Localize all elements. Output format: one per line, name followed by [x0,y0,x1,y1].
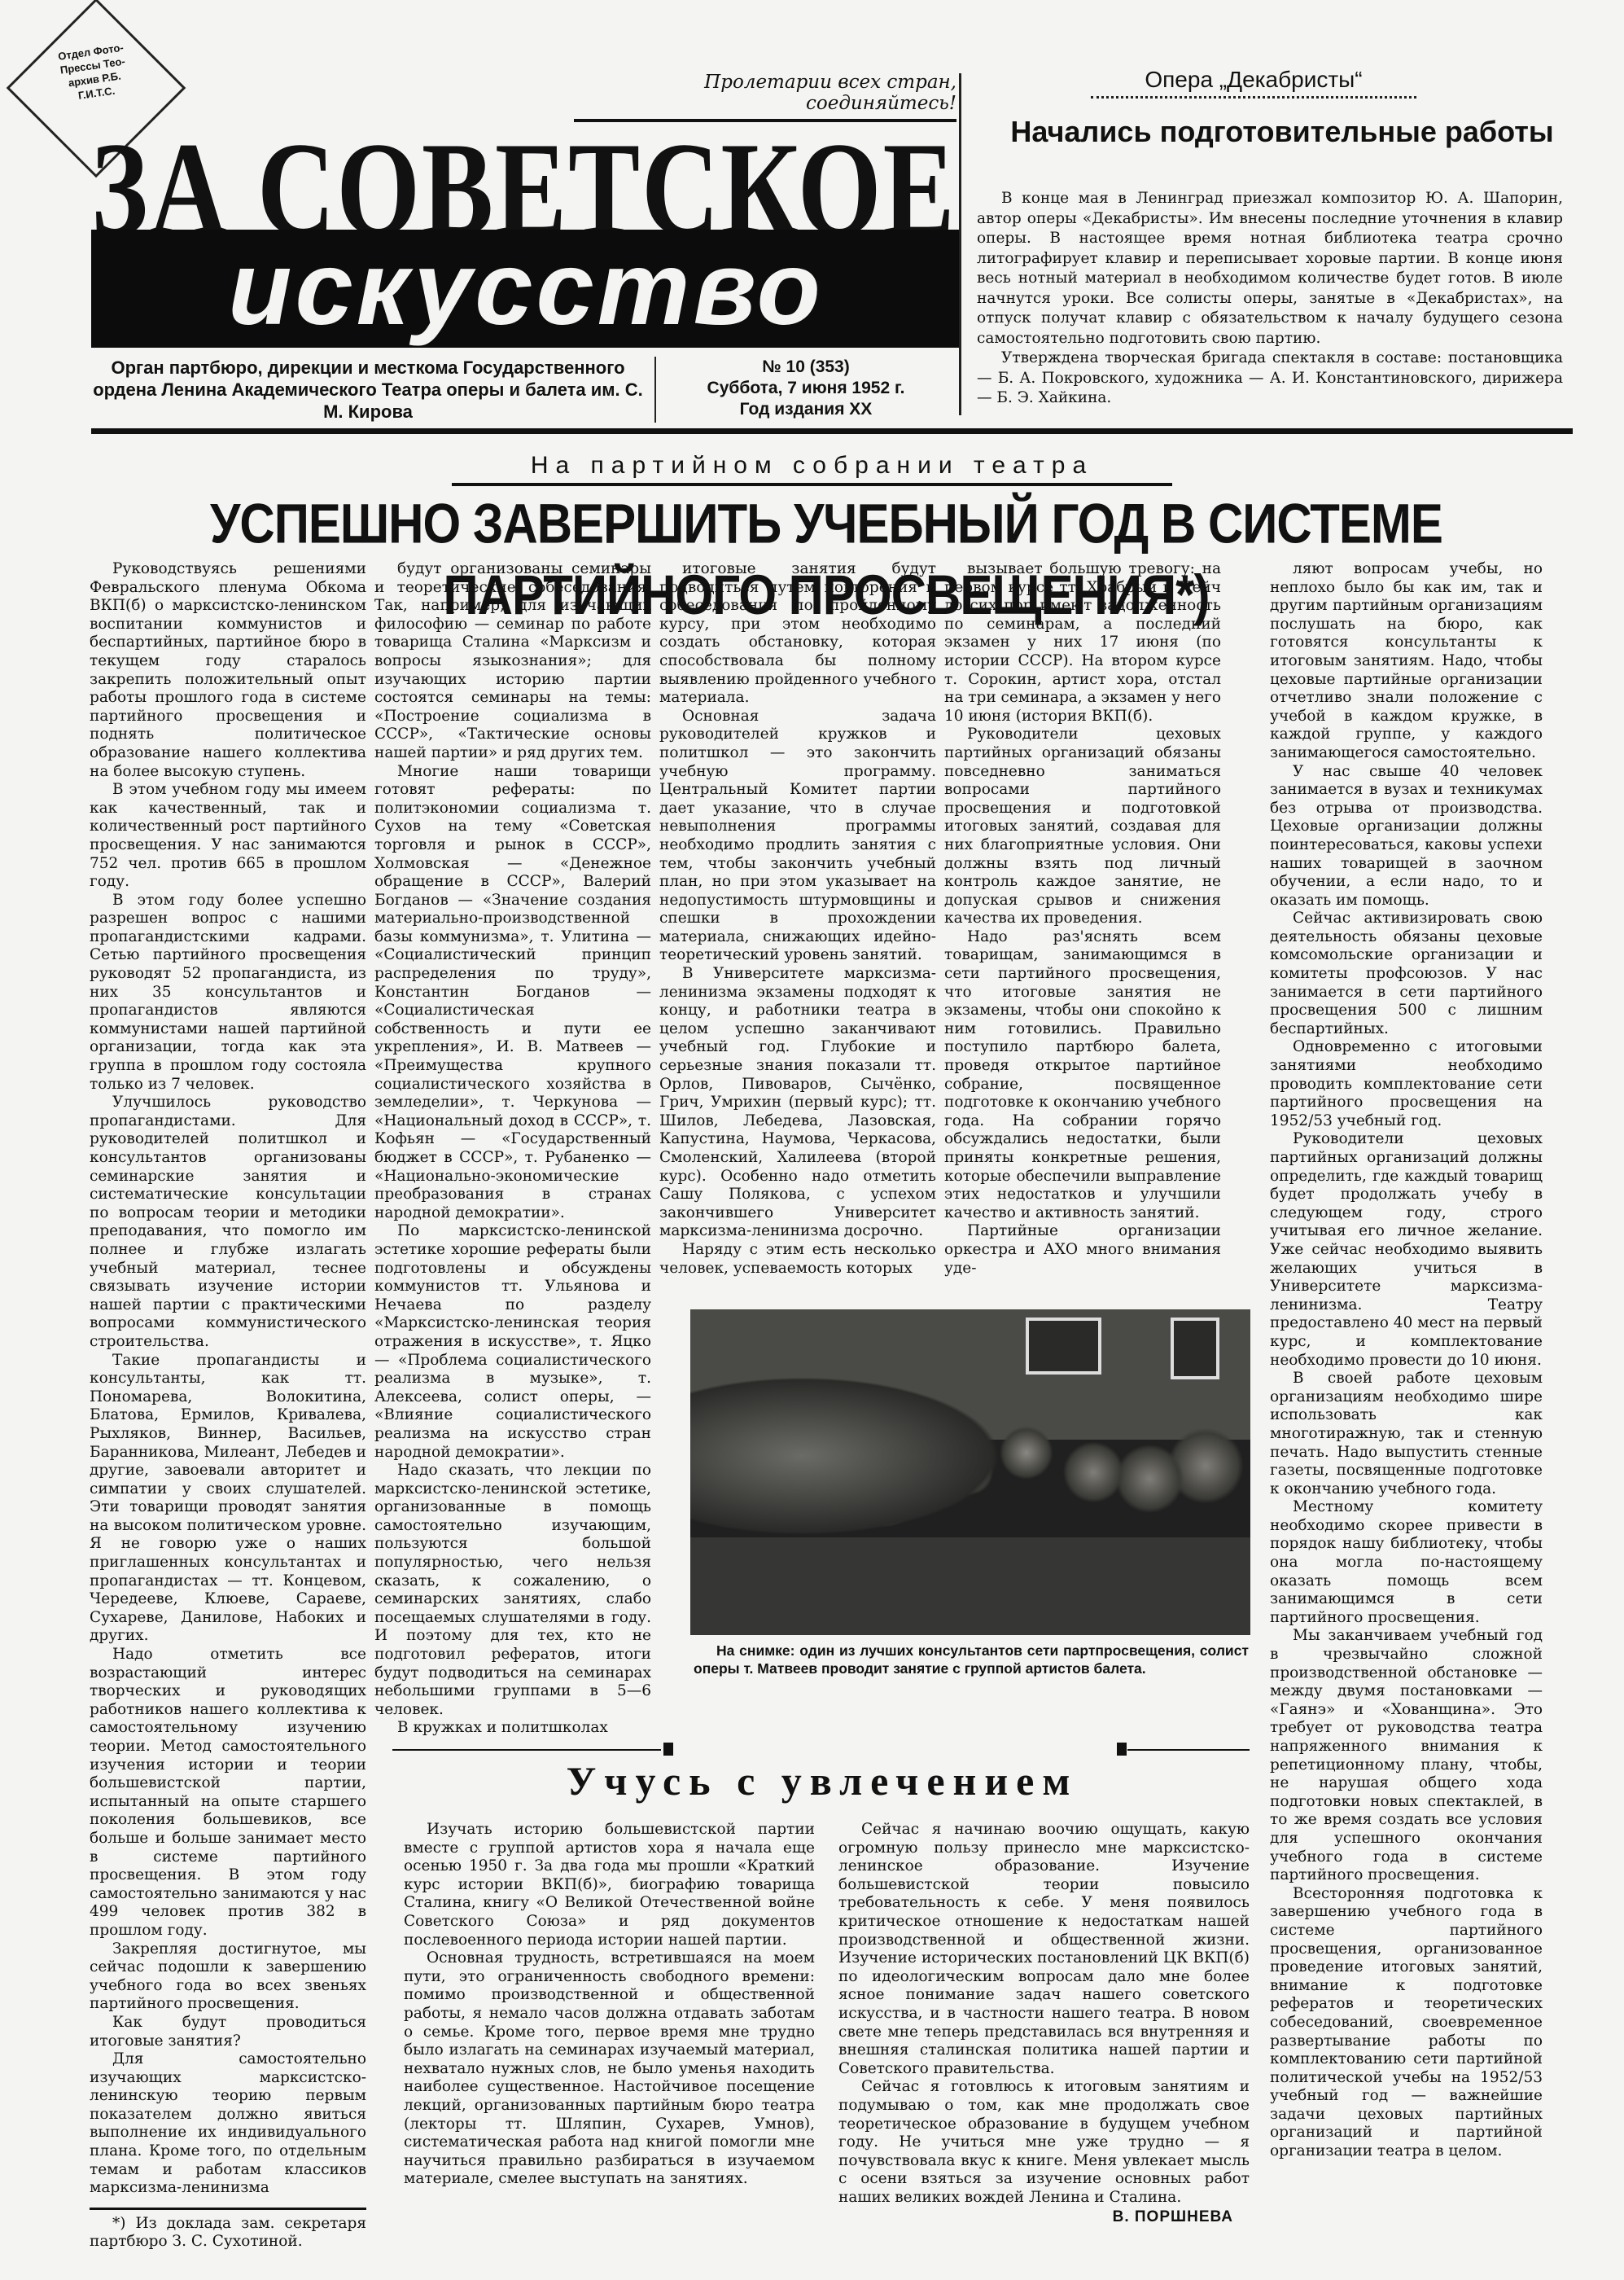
paragraph: Многие наши товарищи готовят рефераты: п… [374,763,651,1223]
paragraph: Надо раз'яснять всем товарищам, занимающ… [944,928,1221,1223]
paragraph: Закрепляя достигнутое, мы сейчас подошли… [90,1940,366,2014]
section-marker-right [1117,1743,1127,1756]
paragraph: В конце мая в Ленинград приезжал компози… [977,189,1563,349]
paragraph: Сейчас я начинаю воочию ощущать, какую о… [838,1821,1250,2078]
paragraph: Сейчас я готовлюсь к итоговым занятиям и… [838,2078,1250,2207]
article-column-3: итоговые занятия будут подводиться путем… [659,560,936,1278]
paragraph: ляют вопросам учебы, но неплохо было бы … [1270,560,1543,763]
publisher-organ: Орган партбюро, дирекции и месткома Госу… [91,357,656,423]
paragraph: В Университете марксизма-ленинизма экзам… [659,965,936,1241]
paragraph: Утверждена творческая бригада спектакля … [977,349,1563,409]
footnote: *) Из доклада зам. секретаря партбюро З.… [90,2208,366,2251]
paragraph: Руководители цеховых партийных организац… [944,726,1221,928]
article-column-4: вызывает большую тревогу: на первом курс… [944,560,1221,1278]
opera-headline: Начались подготовительные работы [1001,114,1563,150]
paragraph: будут организованы семинары и теоретичес… [374,560,651,763]
article-column-1: Руководствуясь решениями Февральского пл… [90,560,366,2251]
issue-date: Суббота, 7 июня 1952 г. [659,378,952,399]
paragraph: В этом учебном году мы имеем как качеств… [90,781,366,892]
paragraph: По марксистско-ленинской эстетике хороши… [374,1222,651,1462]
masthead-rule [91,428,1573,434]
meeting-photo [690,1309,1250,1635]
paragraph: Такие пропагандисты и консультанты, как … [90,1352,366,1646]
paragraph: В своей работе цеховым организациям необ… [1270,1370,1543,1498]
paragraph: Руководствуясь решениями Февральского пл… [90,560,366,781]
paragraph: Для самостоятельно изучающих марксистско… [90,2050,366,2198]
photo-caption: На снимке: один из лучших консультантов … [694,1642,1249,1677]
issue-year: Год издания XX [659,399,952,420]
paragraph: вызывает большую тревогу: на первом курс… [944,560,1221,726]
second-article-column-2: Сейчас я начинаю воочию ощущать, какую о… [838,1821,1250,2227]
section-rule-left [392,1749,661,1751]
masthead-divider [959,73,961,415]
paragraph: Надо сказать, что лекции по марксистско-… [374,1462,651,1719]
opera-kicker: Опера „Декабристы“ [1091,67,1416,99]
issue-info: № 10 (353) Суббота, 7 июня 1952 г. Год и… [659,357,952,420]
opera-article-body: В конце мая в Ленинград приезжал компози… [977,189,1563,409]
paragraph: Сейчас активизировать свою деятельность … [1270,910,1543,1038]
paragraph: Изучать историю большевистской партии вм… [404,1821,815,1949]
paragraph: Улучшилось руководство пропагандистами. … [90,1094,366,1351]
author-signature: В. ПОРШНЕВА [838,2208,1250,2227]
main-article-kicker: На партийном собрании театра [452,452,1172,486]
second-article-headline: Учусь с увлечением [392,1757,1252,1804]
wall-portrait [1171,1318,1219,1379]
paragraph: итоговые занятия будут подводиться путем… [659,560,936,708]
paragraph: Руководители цеховых партийных организац… [1270,1130,1543,1370]
paragraph: Как будут проводиться итоговые занятия? [90,2014,366,2050]
wall-painting [1026,1318,1101,1375]
section-marker-left [663,1743,673,1756]
paragraph: В кружках и политшколах [374,1719,651,1738]
article-column-5: ляют вопросам учебы, но неплохо было бы … [1270,560,1543,2161]
paragraph: Основная задача руководителей кружков и … [659,708,936,965]
paragraph: У нас свыше 40 человек занимается в вуза… [1270,763,1543,910]
paragraph: Всесторонняя подготовка к завершению уче… [1270,1885,1543,2161]
second-article-column-1: Изучать историю большевистской партии вм… [404,1821,815,2189]
paragraph: Основная трудность, встретившаяся на мое… [404,1949,815,2189]
article-column-2: будут организованы семинары и теоретичес… [374,560,651,1738]
issue-number: № 10 (353) [659,357,952,378]
section-rule-right [1127,1749,1250,1751]
newspaper-title-line2: искусство [91,230,961,348]
paragraph: Наряду с этим есть несколько человек, ус… [659,1241,936,1278]
paragraph: Мы заканчиваем учебный год в чрезвычайно… [1270,1627,1543,1884]
paragraph: Местному комитету необходимо скорее прив… [1270,1498,1543,1627]
paragraph: В этом году более успешно разрешен вопро… [90,892,366,1094]
paragraph: Надо отметить все возрастающий интерес т… [90,1646,366,1940]
paragraph: Одновременно с итоговыми занятиями необх… [1270,1038,1543,1130]
paragraph: Партийные организации оркестра и АХО мно… [944,1222,1221,1278]
